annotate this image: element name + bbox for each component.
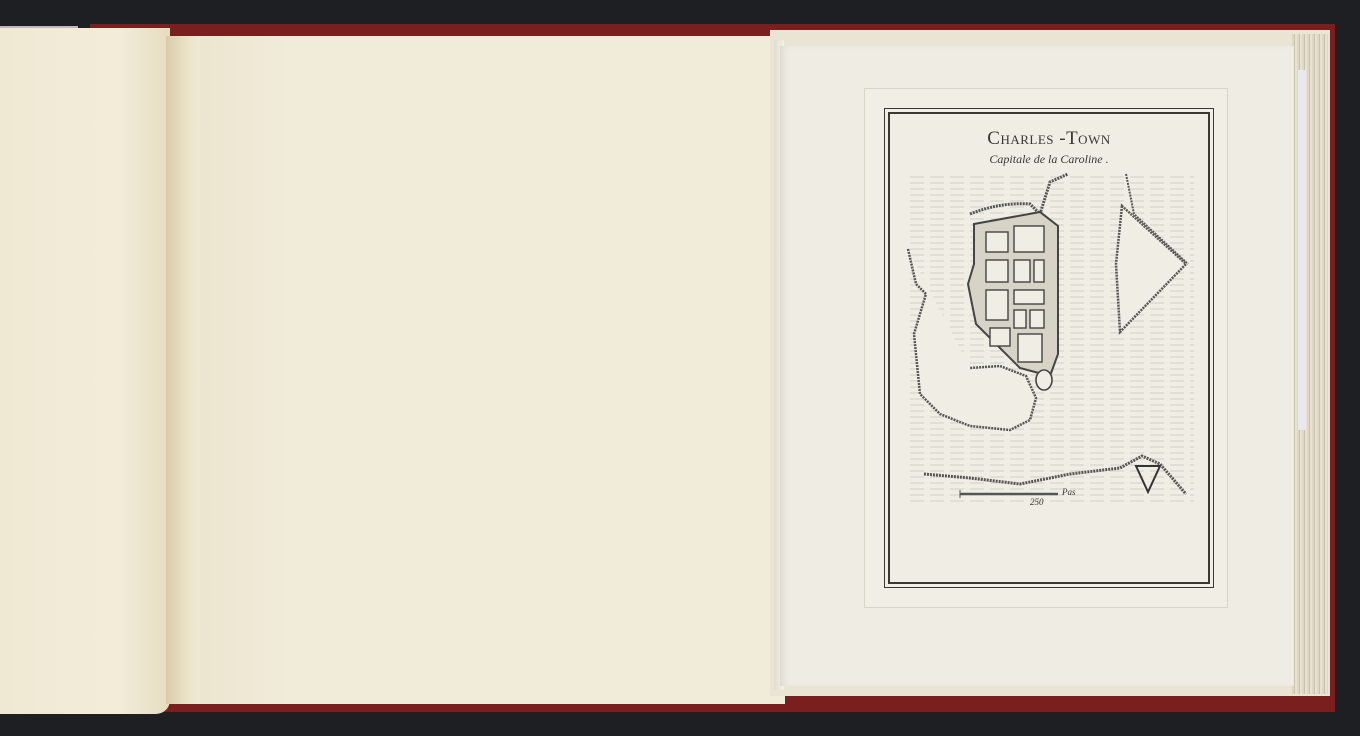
map-engraving: Charles -Town Capitale de la Caroline . [888,112,1210,584]
scale-value: 250 [1030,497,1044,507]
map-drawing [890,114,1208,582]
scale-unit: Pas [1062,487,1076,497]
inserted-sheet-edge [1298,70,1306,430]
left-blank-page [200,36,785,704]
left-turned-leaf [0,28,170,714]
